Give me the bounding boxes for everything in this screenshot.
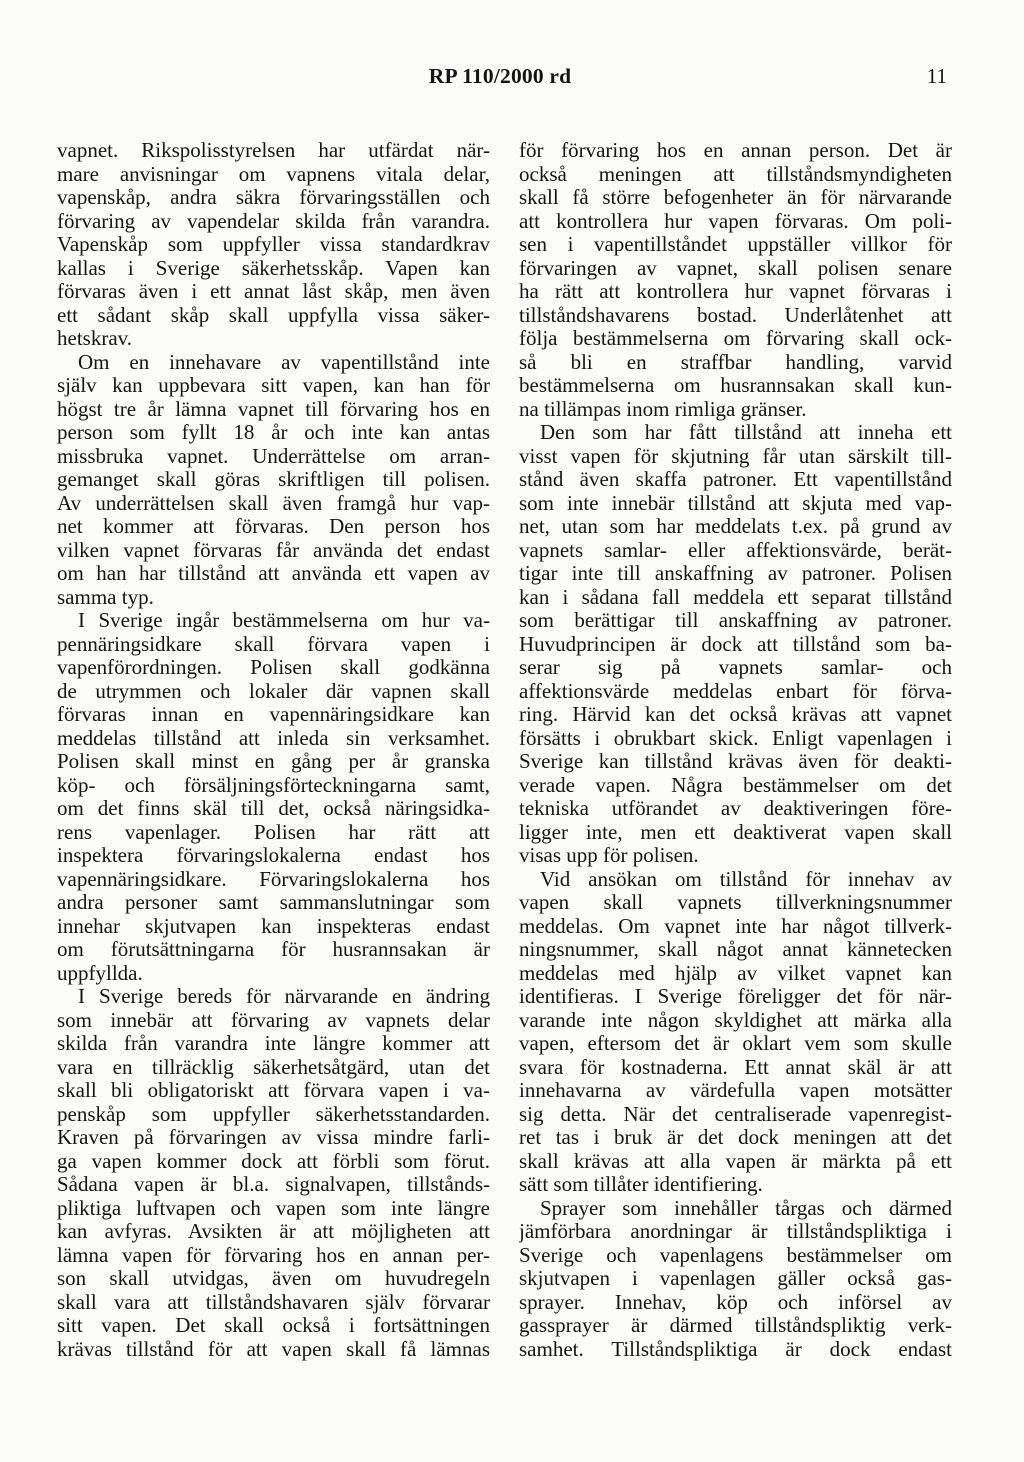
text-line: ga vapen kommer dock att förbli som föru… xyxy=(57,1150,490,1174)
text-line: ligger inte, men ett deaktiverat vapen s… xyxy=(519,821,952,845)
text-line: lämna vapen för förvaring hos en annan p… xyxy=(57,1244,490,1268)
text-line: net kommer att förvaras. Den person hos xyxy=(57,515,490,539)
text-line: om det finns skäl till det, också näring… xyxy=(57,797,490,821)
page-header-title: RP 110/2000 rd xyxy=(0,64,1000,89)
text-line: tigar inte till anskaffning av patroner.… xyxy=(519,562,952,586)
text-line: köp- och försäljningsförteckningarna sam… xyxy=(57,774,490,798)
text-line: Av underrättelsen skall även framgå hur … xyxy=(57,492,490,516)
text-line: ha rätt att kontrollera hur vapnet förva… xyxy=(519,280,952,304)
text-line: skall bli obligatoriskt att förvara vape… xyxy=(57,1079,490,1103)
text-line: vapen, eftersom det är oklart vem som sk… xyxy=(519,1032,952,1056)
text-line: samma typ. xyxy=(57,586,490,610)
text-line: rens vapenlager. Polisen har rätt att xyxy=(57,821,490,845)
text-line: missbruka vapnet. Underrättelse om arran… xyxy=(57,445,490,469)
text-line: na tillämpas inom rimliga gränser. xyxy=(519,398,952,422)
text-line: Kraven på förvaringen av vissa mindre fa… xyxy=(57,1126,490,1150)
text-line: förvaras innan en vapennäringsidkare kan xyxy=(57,703,490,727)
text-line: som berättigar till anskaffning av patro… xyxy=(519,609,952,633)
text-line: ningsnummer, skall något annat känneteck… xyxy=(519,938,952,962)
text-line: meddelas med hjälp av vilket vapnet kan xyxy=(519,962,952,986)
text-line: penskåp som uppfyller säkerhetsstandarde… xyxy=(57,1103,490,1127)
text-line: innehar skjutvapen kan inspekteras endas… xyxy=(57,915,490,939)
paragraph: Den som har fått tillstånd att inneha et… xyxy=(519,421,952,868)
left-column: vapnet. Rikspolisstyrelsen har utfärdat … xyxy=(57,139,490,1361)
text-line: vapenskåp, andra säkra förvaringsställen… xyxy=(57,186,490,210)
text-line: som innebär att förvaring av vapnets del… xyxy=(57,1009,490,1033)
text-line: Vid ansökan om tillstånd för innehav av xyxy=(519,868,952,892)
text-line: skall krävas att alla vapen är märkta på… xyxy=(519,1150,952,1174)
text-line: vapennäringsidkare. Förvaringslokalerna … xyxy=(57,868,490,892)
text-line: som inte innebär tillstånd att skjuta me… xyxy=(519,492,952,516)
text-line: Sverige kan tillstånd krävas även för de… xyxy=(519,750,952,774)
text-line: son skall utvidgas, även om huvudregeln xyxy=(57,1267,490,1291)
text-line: meddelas tillstånd att inleda sin verksa… xyxy=(57,727,490,751)
text-line: vilken vapnet förvaras får använda det e… xyxy=(57,539,490,563)
text-columns: vapnet. Rikspolisstyrelsen har utfärdat … xyxy=(57,139,952,1361)
text-line: om förutsättningarna för husrannsakan är xyxy=(57,938,490,962)
text-line: kan avfyras. Avsikten är att möjligheten… xyxy=(57,1220,490,1244)
text-line: samhet. Tillståndspliktiga är dock endas… xyxy=(519,1338,952,1362)
text-line: för förvaring hos en annan person. Det ä… xyxy=(519,139,952,163)
text-line: verade vapen. Några bestämmelser om det xyxy=(519,774,952,798)
text-line: de utrymmen och lokaler där vapnen skall xyxy=(57,680,490,704)
paragraph: Sprayer som innehåller tårgas och därmed… xyxy=(519,1197,952,1362)
text-line: visas upp för polisen. xyxy=(519,844,952,868)
text-line: sätt som tillåter identifiering. xyxy=(519,1173,952,1197)
text-line: pliktiga luftvapen och vapen som inte lä… xyxy=(57,1197,490,1221)
text-line: skall vara att tillståndshavaren själv f… xyxy=(57,1291,490,1315)
text-line: ett sådant skåp skall uppfylla vissa säk… xyxy=(57,304,490,328)
text-line: inspektera förvaringslokalerna endast ho… xyxy=(57,844,490,868)
text-line: vapen skall vapnets tillverkningsnummer xyxy=(519,891,952,915)
text-line: så bli en straffbar handling, varvid xyxy=(519,351,952,375)
text-line: skilda från varandra inte längre kommer … xyxy=(57,1032,490,1056)
text-line: också meningen att tillståndsmyndigheten xyxy=(519,163,952,187)
text-line: tillståndshavarens bostad. Underlåtenhet… xyxy=(519,304,952,328)
document-page: RP 110/2000 rd 11 vapnet. Rikspolisstyre… xyxy=(0,0,1024,1462)
text-line: förvaringen av vapnet, skall polisen sen… xyxy=(519,257,952,281)
text-line: Sverige och vapenlagens bestämmelser om xyxy=(519,1244,952,1268)
text-line: stånd även skaffa patroner. Ett vapentil… xyxy=(519,468,952,492)
text-line: Den som har fått tillstånd att inneha et… xyxy=(519,421,952,445)
text-line: Om en innehavare av vapentillstånd inte xyxy=(57,351,490,375)
text-line: ring. Härvid kan det också krävas att va… xyxy=(519,703,952,727)
text-line: person som fyllt 18 år och inte kan anta… xyxy=(57,421,490,445)
paragraph: I Sverige ingår bestämmelserna om hur va… xyxy=(57,609,490,985)
text-line: andra personer samt sammanslutningar som xyxy=(57,891,490,915)
text-line: sen i vapentillståndet uppställer villko… xyxy=(519,233,952,257)
text-line: sprayer. Innehav, köp och införsel av xyxy=(519,1291,952,1315)
text-line: svara för kostnaderna. Ett annat skäl är… xyxy=(519,1056,952,1080)
text-line: förvaras även i ett annat låst skåp, men… xyxy=(57,280,490,304)
text-line: net, utan som har meddelats t.ex. på gru… xyxy=(519,515,952,539)
text-line: affektionsvärde meddelas enbart för förv… xyxy=(519,680,952,704)
text-line: meddelas. Om vapnet inte har något tillv… xyxy=(519,915,952,939)
text-line: tekniska utförandet av deaktiveringen fö… xyxy=(519,797,952,821)
text-line: om han har tillstånd att använda ett vap… xyxy=(57,562,490,586)
text-line: krävas tillstånd för att vapen skall få … xyxy=(57,1338,490,1362)
text-line: I Sverige bereds för närvarande en ändri… xyxy=(57,985,490,1009)
paragraph: Om en innehavare av vapentillstånd intes… xyxy=(57,351,490,610)
text-line: visst vapen för skjutning får utan särsk… xyxy=(519,445,952,469)
text-line: Huvudprincipen är dock att tillstånd som… xyxy=(519,633,952,657)
text-line: följa bestämmelserna om förvaring skall … xyxy=(519,327,952,351)
text-line: sitt vapen. Det skall också i fortsättni… xyxy=(57,1314,490,1338)
text-line: I Sverige ingår bestämmelserna om hur va… xyxy=(57,609,490,633)
text-line: sig detta. När det centraliserade vapenr… xyxy=(519,1103,952,1127)
text-line: vapnet. Rikspolisstyrelsen har utfärdat … xyxy=(57,139,490,163)
text-line: Polisen skall minst en gång per år grans… xyxy=(57,750,490,774)
paragraph: vapnet. Rikspolisstyrelsen har utfärdat … xyxy=(57,139,490,351)
paragraph: för förvaring hos en annan person. Det ä… xyxy=(519,139,952,421)
text-line: hetskrav. xyxy=(57,327,490,351)
text-line: kallas i Sverige säkerhetsskåp. Vapen ka… xyxy=(57,257,490,281)
text-line: uppfyllda. xyxy=(57,962,490,986)
text-line: att kontrollera hur vapen förvaras. Om p… xyxy=(519,210,952,234)
text-line: serar sig på vapnets samlar- och xyxy=(519,656,952,680)
text-line: innehavarna av värdefulla vapen motsätte… xyxy=(519,1079,952,1103)
text-line: skall få större befogenheter än för närv… xyxy=(519,186,952,210)
text-line: mare anvisningar om vapnens vitala delar… xyxy=(57,163,490,187)
text-line: försätts i obrukbart skick. Enligt vapen… xyxy=(519,727,952,751)
text-line: Sprayer som innehåller tårgas och därmed xyxy=(519,1197,952,1221)
text-line: kan i sådana fall meddela ett separat ti… xyxy=(519,586,952,610)
text-line: vara en tillräcklig säkerhetsåtgärd, uta… xyxy=(57,1056,490,1080)
text-line: gemanget skall göras skriftligen till po… xyxy=(57,468,490,492)
text-line: identifieras. I Sverige föreligger det f… xyxy=(519,985,952,1009)
right-column: för förvaring hos en annan person. Det ä… xyxy=(519,139,952,1361)
text-line: högst tre år lämna vapnet till förvaring… xyxy=(57,398,490,422)
text-line: bestämmelserna om husrannsakan skall kun… xyxy=(519,374,952,398)
text-line: vapnets samlar- eller affektionsvärde, b… xyxy=(519,539,952,563)
text-line: pennäringsidkare skall förvara vapen i xyxy=(57,633,490,657)
paragraph: Vid ansökan om tillstånd för innehav avv… xyxy=(519,868,952,1197)
text-line: förvaring av vapendelar skilda från vara… xyxy=(57,210,490,234)
text-line: själv kan uppbevara sitt vapen, kan han … xyxy=(57,374,490,398)
text-line: ret tas i bruk är det dock meningen att … xyxy=(519,1126,952,1150)
text-line: jämförbara anordningar är tillståndsplik… xyxy=(519,1220,952,1244)
page-number: 11 xyxy=(927,64,947,89)
paragraph: I Sverige bereds för närvarande en ändri… xyxy=(57,985,490,1361)
text-line: Vapenskåp som uppfyller vissa standardkr… xyxy=(57,233,490,257)
text-line: Sådana vapen är bl.a. signalvapen, tills… xyxy=(57,1173,490,1197)
text-line: vapenförordningen. Polisen skall godkänn… xyxy=(57,656,490,680)
text-line: gassprayer är därmed tillståndspliktig v… xyxy=(519,1314,952,1338)
text-line: skjutvapen i vapenlagen gäller också gas… xyxy=(519,1267,952,1291)
text-line: varande inte någon skyldighet att märka … xyxy=(519,1009,952,1033)
